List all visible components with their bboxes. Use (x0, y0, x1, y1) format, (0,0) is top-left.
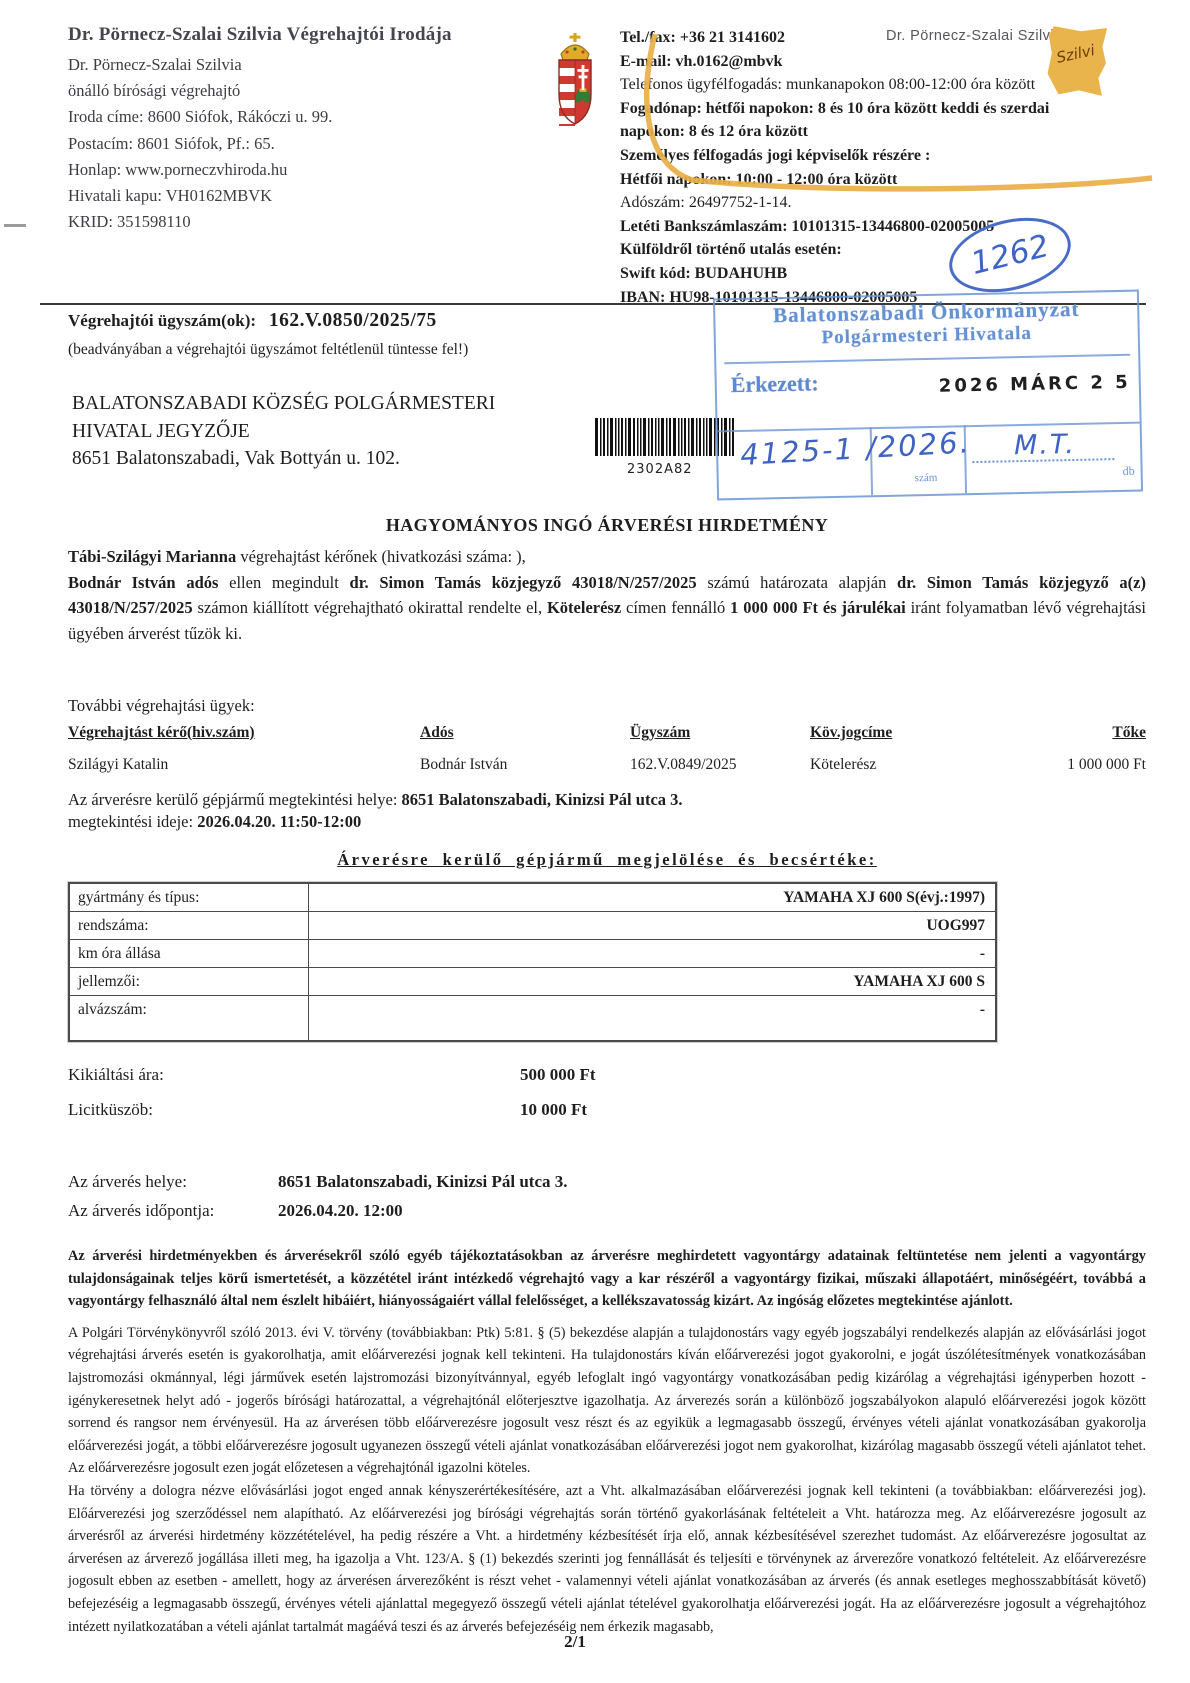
starting-price-value: 500 000 Ft (520, 1060, 596, 1090)
reception-stamp: Balatonszabadi Önkormányzat Polgármester… (713, 290, 1143, 501)
addressee-line-2: HIVATAL JEGYZŐJE (72, 418, 495, 446)
viewing-place-label: Az árverésre kerülő gépjármű megtekintés… (68, 790, 402, 809)
stamp-dotted-leader (972, 458, 1114, 463)
starting-price-row: Kikiáltási ára: 500 000 Ft (68, 1060, 1146, 1090)
office-line-role: önálló bírósági végrehajtó (68, 78, 538, 104)
auction-time-label: Az árverés időpontja: (68, 1196, 278, 1225)
stamp-szam-label: szám (915, 472, 938, 484)
vehicle-value: YAMAHA XJ 600 S (309, 968, 995, 995)
contact-reception-day-1: Fogadónap: hétfői napokon: 8 és 10 óra k… (620, 97, 1160, 121)
case-number-note: (beadványában a végrehajtói ügyszámot fe… (68, 341, 468, 359)
contact-personal-reception: Személyes félfogadás jogi képviselők rés… (620, 144, 1160, 168)
bid-step-row: Licitküszöb: 10 000 Ft (68, 1095, 1146, 1125)
fc-cell-debtor: Bodnár István (420, 756, 630, 774)
vehicle-row-vin: alvázszám: - (70, 996, 995, 1040)
stamp-received-date: 2026 MÁRC 2 5 (939, 372, 1131, 397)
further-cases-heading: További végrehajtási ügyek: (68, 696, 1146, 716)
office-title: Dr. Pörnecz-Szalai Szilvia Végrehajtói I… (68, 24, 538, 46)
office-line-website: Honlap: www.porneczvhiroda.hu (68, 157, 538, 183)
bid-step-value: 10 000 Ft (520, 1095, 587, 1125)
hungarian-coat-of-arms-icon (545, 32, 605, 132)
legal-paragraph-disclaimer: Az árverési hirdetményekben és árverések… (68, 1245, 1146, 1313)
fc-header-claim-title: Köv.jogcíme (810, 724, 996, 742)
vehicle-row-odometer: km óra állása - (70, 940, 995, 968)
office-header-block: Dr. Pörnecz-Szalai Szilvia Végrehajtói I… (68, 24, 538, 235)
case-number-value: 162.V.0850/2025/75 (269, 310, 437, 331)
contact-tax-number: Adószám: 26497752-1-14. (620, 191, 1160, 215)
contact-reception-day-2: napokon: 8 és 12 óra között (620, 120, 1160, 144)
vehicle-label: km óra állása (70, 940, 309, 967)
fc-cell-claim-title: Kötelerész (810, 756, 996, 774)
vehicle-value: UOG997 (309, 912, 995, 939)
addressee-line-3: 8651 Balatonszabadi, Vak Bottyán u. 102. (72, 445, 495, 473)
viewing-place-line: Az árverésre kerülő gépjármű megtekintés… (68, 790, 1146, 810)
viewing-place-value: 8651 Balatonszabadi, Kinizsi Pál utca 3. (402, 790, 683, 809)
document-title: HAGYOMÁNYOS INGÓ ÁRVERÉSI HIRDETMÉNY (68, 515, 1146, 536)
auction-time-row: Az árverés időpontja: 2026.04.20. 12:00 (68, 1196, 1146, 1225)
legal-paragraph-ptk: A Polgári Törvénykönyvről szóló 2013. év… (68, 1322, 1146, 1480)
bid-step-label: Licitküszöb: (68, 1095, 520, 1125)
case-number-label: Végrehajtói ügyszám(ok): (68, 311, 256, 330)
stamp-divider-1 (724, 354, 1130, 365)
fc-header-debtor: Adós (420, 724, 630, 742)
addressee-block: BALATONSZABADI KÖZSÉG POLGÁRMESTERI HIVA… (72, 390, 495, 473)
document-body: HAGYOMÁNYOS INGÓ ÁRVERÉSI HIRDETMÉNY Táb… (68, 505, 1146, 1638)
intro-body: Bodnár István adós ellen megindult dr. S… (68, 570, 1146, 647)
office-line-postal: Postacím: 8601 Siófok, Pf.: 65. (68, 131, 538, 157)
page-number: 2/1 (0, 1632, 1150, 1652)
fc-header-claimant: Végrehajtást kérő(hiv.szám) (68, 724, 420, 742)
vehicle-table: gyártmány és típus: YAMAHA XJ 600 S(évj.… (68, 882, 997, 1042)
fc-cell-claimant: Szilágyi Katalin (68, 756, 420, 774)
stamp-received-label: Érkezett: (730, 370, 818, 398)
auction-block: Az árverés helye: 8651 Balatonszabadi, K… (68, 1167, 1146, 1225)
vehicle-row-plate: rendszáma: UOG997 (70, 912, 995, 940)
vehicle-row-make-type: gyártmány és típus: YAMAHA XJ 600 S(évj.… (70, 884, 995, 912)
case-number-line: Végrehajtói ügyszám(ok): 162.V.0850/2025… (68, 310, 437, 332)
fc-header-case-number: Ügyszám (630, 724, 810, 742)
auction-place-value: 8651 Balatonszabadi, Kinizsi Pál utca 3. (278, 1167, 568, 1196)
vehicle-value: YAMAHA XJ 600 S(évj.:1997) (309, 884, 995, 911)
vehicle-section-heading: Árverésre kerülő gépjármű megjelölése és… (68, 850, 1146, 870)
office-line-name: Dr. Pörnecz-Szalai Szilvia (68, 52, 538, 78)
fc-cell-principal: 1 000 000 Ft (996, 756, 1146, 774)
stamp-db-label: db (1122, 464, 1134, 479)
stamp-handwritten-initials: M.T. (1014, 429, 1076, 461)
fc-cell-case-number: 162.V.0849/2025 (630, 756, 810, 774)
auction-place-row: Az árverés helye: 8651 Balatonszabadi, K… (68, 1167, 1146, 1196)
intro-line-1: Tábi-Szilágyi Marianna végrehajtást kérő… (68, 544, 1146, 570)
office-line-address: Iroda címe: 8600 Siófok, Rákóczi u. 99. (68, 104, 538, 130)
vehicle-value: - (309, 996, 995, 1040)
contact-swift: Swift kód: BUDAHUHB (620, 262, 1160, 286)
addressee-line-1: BALATONSZABADI KÖZSÉG POLGÁRMESTERI (72, 390, 495, 418)
intro-paragraph: Tábi-Szilágyi Marianna végrehajtást kérő… (68, 544, 1146, 646)
printed-name-overlay: Dr. Pörnecz-Szalai Szilvia (880, 26, 1068, 46)
auction-notice-document: Dr. Pörnecz-Szalai Szilvia Végrehajtói I… (0, 0, 1190, 1683)
viewing-time-label: megtekintési ideje: (68, 812, 197, 831)
vehicle-label: gyártmány és típus: (70, 884, 309, 911)
vehicle-label: jellemzői: (70, 968, 309, 995)
stamp-handwritten-case-number: 4125-1 /2026. (739, 425, 971, 472)
fc-header-principal: Tőke (996, 724, 1146, 742)
sticker-signature: Szilvi (1055, 41, 1097, 67)
vehicle-label: rendszáma: (70, 912, 309, 939)
auction-place-label: Az árverés helye: (68, 1167, 278, 1196)
signature-sticker: Szilvi (1047, 26, 1107, 96)
viewing-time-value: 2026.04.20. 11:50-12:00 (197, 812, 361, 831)
vehicle-label: alvázszám: (70, 996, 309, 1040)
contact-foreign-transfer: Külföldről történő utalás esetén: (620, 238, 1160, 262)
vehicle-row-features: jellemzői: YAMAHA XJ 600 S (70, 968, 995, 996)
vehicle-value: - (309, 940, 995, 967)
viewing-time-line: megtekintési ideje: 2026.04.20. 11:50-12… (68, 812, 1146, 832)
auction-time-value: 2026.04.20. 12:00 (278, 1196, 403, 1225)
legal-paragraph-vht: Ha törvény a dologra nézve elővásárlási … (68, 1480, 1146, 1638)
starting-price-label: Kikiáltási ára: (68, 1060, 520, 1090)
office-line-krid: KRID: 351598110 (68, 209, 538, 235)
pricing-block: Kikiáltási ára: 500 000 Ft Licitküszöb: … (68, 1060, 1146, 1125)
contact-monday-hours: Hétfői napokon: 10:00 - 12:00 óra között (620, 168, 1160, 192)
scan-artifact-dash (4, 224, 26, 227)
office-line-gate: Hivatali kapu: VH0162MBVK (68, 183, 538, 209)
contact-deposit-account: Letéti Bankszámlaszám: 10101315-13446800… (620, 215, 1160, 239)
further-cases-table: Végrehajtást kérő(hiv.szám) Adós Ügyszám… (68, 724, 1146, 774)
